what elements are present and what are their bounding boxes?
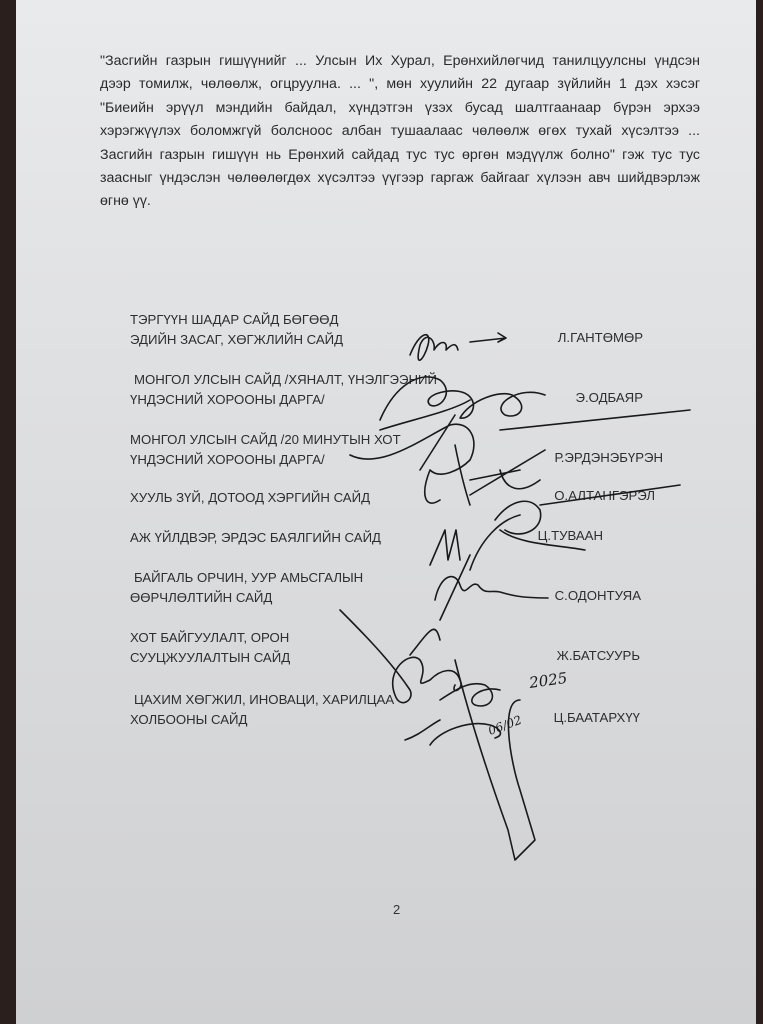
signatory-title: МОНГОЛ УЛСЫН САЙД /20 МИНУТЫН ХОТ ҮНДЭСН… — [130, 430, 401, 470]
page-number: 2 — [393, 902, 400, 917]
signatory-title: АЖ ҮЙЛДВЭР, ЭРДЭС БАЯЛГИЙН САЙД — [130, 528, 381, 548]
signatory-name: Ц.БААТАРХҮҮ — [554, 710, 640, 725]
paragraph-line: "Биеийн эрүүл мэндийн байдал, хүндэтгэн … — [100, 97, 700, 120]
body-paragraph: "Засгийн газрын гишүүнийг ... Улсын Их Х… — [100, 50, 700, 214]
paragraph-line: дээр томилж, чөлөөлж, огцруулна. ... ", … — [100, 73, 700, 96]
signatory-name: С.ОДОНТУЯА — [555, 588, 641, 603]
signatory-name: Э.ОДБАЯР — [575, 390, 643, 405]
signatory-title: МОНГОЛ УЛСЫН САЙД /ХЯНАЛТ, ҮНЭЛГЭЭНИЙ ҮН… — [134, 370, 437, 410]
signatory-title: ХУУЛЬ ЗҮЙ, ДОТООД ХЭРГИЙН САЙД — [130, 488, 370, 508]
signatory-name: Л.ГАНТӨМӨР — [558, 330, 643, 345]
signatory-name: Ж.БАТСУУРЬ — [557, 648, 640, 663]
paragraph-line: заасныг үндэслэн чөлөөлөгдөх хүсэлтээ үү… — [100, 167, 700, 190]
paragraph-line: өгнө үү. — [100, 190, 700, 213]
paragraph-line: "Засгийн газрын гишүүнийг ... Улсын Их Х… — [100, 50, 700, 73]
signatory-name: О.АЛТАНГЭРЭЛ — [554, 488, 655, 503]
signatory-title: ТЭРГҮҮН ШАДАР САЙД БӨГӨӨД ЭДИЙН ЗАСАГ, Х… — [130, 310, 343, 350]
paragraph-line: хэрэгжүүлэх боломжгүй болсноос албан туш… — [100, 120, 700, 143]
signatory-title: ЦАХИМ ХӨГЖИЛ, ИНОВАЦИ, ХАРИЛЦАА ХОЛБООНЫ… — [134, 690, 394, 730]
signatory-title: ХОТ БАЙГУУЛАЛТ, ОРОН СУУЦЖУУЛАЛТЫН САЙД — [130, 628, 290, 668]
signatory-name: Р.ЭРДЭНЭБҮРЭН — [554, 450, 663, 465]
signatory-title: БАЙГАЛЬ ОРЧИН, УУР АМЬСГАЛЫН ӨӨРЧЛӨЛТИЙН… — [134, 568, 363, 608]
signatory-name: Ц.ТУВААН — [538, 528, 603, 543]
paragraph-line: Засгийн газрын гишүүн нь Ерөнхий сайдад … — [100, 144, 700, 167]
